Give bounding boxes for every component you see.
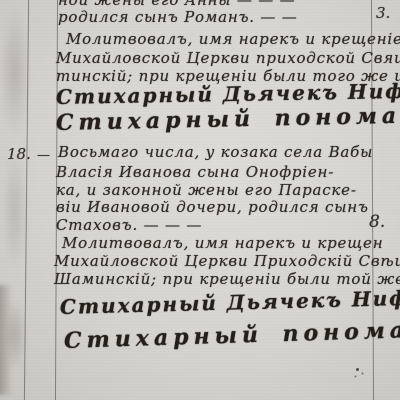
bleed-through-smudge [0, 8, 30, 138]
document-scan: 18. — 3. 8. ной жены его Анны — — — роди… [0, 0, 400, 400]
record-line-birth-roman: родился сынъ Романъ. — — [58, 8, 298, 26]
record-line-father: Власія Иванова сына Онофріен- [56, 163, 334, 181]
signature-sexton-2: Стихарный пономарь [64, 316, 400, 354]
record-line-date-cossack: Восьмаго числа, у козака села Вабы [58, 143, 373, 161]
record-line-church: Михайловской Церкви приходской Священ [56, 49, 400, 67]
signature-deacon-2: Стихарный Дьячекъ Нифонъ [60, 285, 400, 319]
margin-number-mid: 8. [369, 212, 385, 232]
ink-specks [356, 368, 359, 371]
entry-dash: — [37, 148, 50, 163]
record-line-mother: віи Ивановой дочери, родился сынъ [56, 198, 369, 216]
bleed-through-smudge [4, 300, 26, 370]
record-line-prayer-2: Молитвовалъ, имя нарекъ и крещен [62, 234, 383, 252]
edge-stain [0, 285, 12, 395]
record-line-wife: ка, и законной жены его Параске- [56, 181, 357, 199]
margin-number-top: 3. [376, 4, 390, 22]
bleed-through-smudge [2, 150, 28, 270]
record-line-priest-2: Шаминскій; при крещеніи были той же Церк [54, 270, 400, 288]
record-line-prayer: Молитвовалъ, имя нарекъ и крещеніе сов [66, 30, 400, 48]
record-line-church-2: Михайловской Церкви Приходскій Свѣще [54, 252, 400, 270]
entry-number: 18. [7, 145, 31, 163]
column-rule-left-outer [24, 0, 29, 400]
record-line-son-name: Стаховъ. — — — [56, 216, 202, 234]
